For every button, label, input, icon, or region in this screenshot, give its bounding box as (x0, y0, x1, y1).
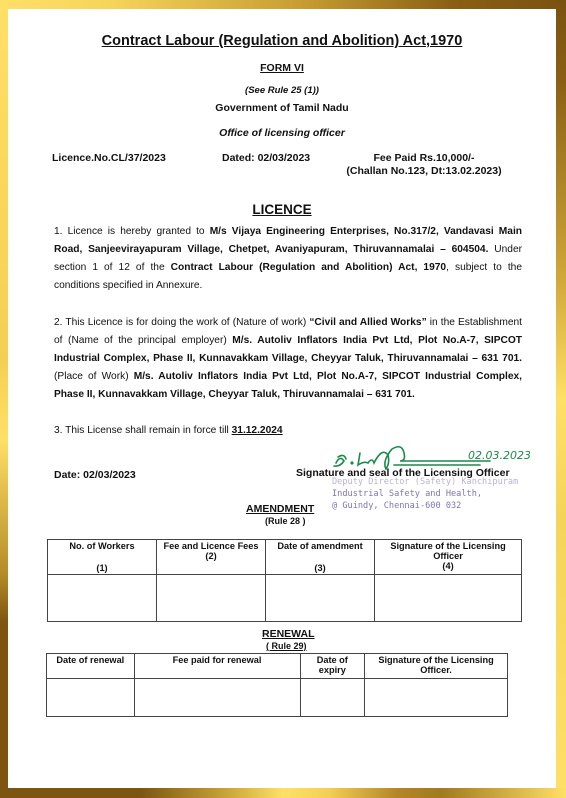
amendment-heading: AMENDMENT (246, 503, 314, 515)
act-title: Contract Labour (Regulation and Abolitio… (8, 33, 556, 49)
official-seal-stamp: Deputy Director (Safety) Kanchipuram Ind… (332, 476, 518, 512)
amendment-cell (266, 575, 375, 622)
licence-heading: LICENCE (8, 202, 556, 217)
nature-of-work: “Civil and Allied Works” (309, 317, 426, 328)
stamp-line-1: Deputy Director (Safety) Kanchipuram (332, 476, 518, 488)
stamp-line-2: Industrial Safety and Health, (332, 488, 518, 500)
clause-2-mid2: (Place of Work) (54, 371, 134, 382)
frame-border-right (556, 0, 566, 798)
rule-reference: (See Rule 25 (1)) (8, 85, 556, 96)
licence-date: Dated: 02/03/2023 (222, 152, 310, 164)
renewal-table: Date of renewal Fee paid for renewal Dat… (46, 653, 508, 717)
government-name: Government of Tamil Nadu (8, 102, 556, 114)
amendment-cell (157, 575, 266, 622)
amendment-col-fees: Fee and Licence Fees (2) (157, 540, 266, 575)
renewal-header-row: Date of renewal Fee paid for renewal Dat… (47, 654, 508, 679)
fee-amount: Fee Paid Rs.10,000/- (344, 152, 504, 165)
challan-details: (Challan No.123, Dt:13.02.2023) (344, 165, 504, 178)
amendment-table: No. of Workers (1) Fee and Licence Fees … (47, 539, 522, 622)
frame-border-top (0, 0, 566, 9)
amendment-col-workers: No. of Workers (1) (48, 540, 157, 575)
amendment-cell (375, 575, 522, 622)
office-name: Office of licensing officer (8, 127, 556, 139)
clause-2: 2. This Licence is for doing the work of… (54, 314, 522, 404)
frame-border-bottom (0, 788, 566, 798)
handwritten-date: 02.03.2023 (468, 449, 530, 462)
table-row (48, 575, 522, 622)
renewal-heading: RENEWAL (262, 628, 315, 640)
fee-paid: Fee Paid Rs.10,000/- (Challan No.123, Dt… (344, 152, 504, 178)
amendment-rule: (Rule 28 ) (265, 516, 306, 526)
amendment-col-date: Date of amendment (3) (266, 540, 375, 575)
clause-1: 1. Licence is hereby granted to M/s Vija… (54, 223, 522, 295)
table-row (47, 679, 508, 717)
signature-date: Date: 02/03/2023 (54, 469, 136, 481)
renewal-cell (47, 679, 135, 717)
renewal-col-signature: Signature of the Licensing Officer. (365, 654, 508, 679)
valid-till-date: 31.12.2024 (232, 425, 283, 436)
licence-number: Licence.No.CL/37/2023 (52, 152, 166, 164)
clause-1-prefix: 1. Licence is hereby granted to (54, 226, 210, 237)
renewal-cell (365, 679, 508, 717)
renewal-col-fee: Fee paid for renewal (134, 654, 300, 679)
renewal-col-date: Date of renewal (47, 654, 135, 679)
frame-border-left (0, 0, 8, 798)
renewal-cell (300, 679, 365, 717)
clause-3: 3. This License shall remain in force ti… (54, 422, 522, 440)
clause-2-prefix: 2. This Licence is for doing the work of… (54, 317, 309, 328)
stamp-line-3: @ Guindy, Chennai-600 032 (332, 500, 518, 512)
form-number: FORM VI (8, 62, 556, 74)
amendment-header-row: No. of Workers (1) Fee and Licence Fees … (48, 540, 522, 575)
renewal-rule: ( Rule 29) (266, 641, 307, 651)
amendment-col-signature: Signature of the Licensing Officer (4) (375, 540, 522, 575)
renewal-col-expiry: Date of expiry (300, 654, 365, 679)
amendment-cell (48, 575, 157, 622)
licence-document: Contract Labour (Regulation and Abolitio… (8, 9, 556, 788)
clause-3-prefix: 3. This License shall remain in force ti… (54, 425, 232, 436)
act-reference: Contract Labour (Regulation and Abolitio… (171, 262, 446, 273)
renewal-cell (134, 679, 300, 717)
